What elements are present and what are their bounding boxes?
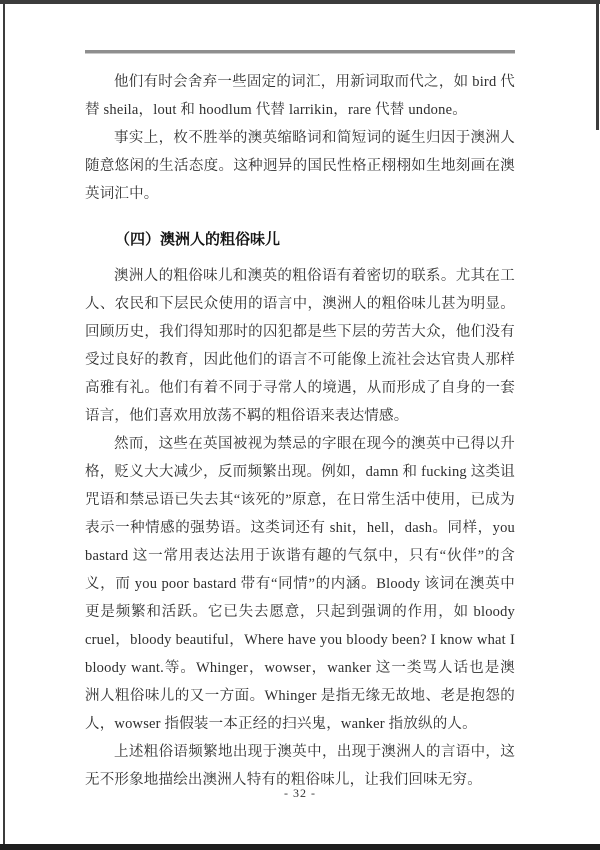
paragraph: 然而，这些在英国被视为禁忌的字眼在现今的澳英中已得以升格，贬义大大减少，反而频繁… xyxy=(85,430,515,738)
page-frame-right-edge xyxy=(596,0,599,130)
page-number: - 32 - xyxy=(0,786,600,801)
page-frame-left-edge xyxy=(3,0,5,846)
paragraph: 事实上，枚不胜举的澳英缩略词和简短词的诞生归因于澳洲人随意悠闲的生活态度。这种迥… xyxy=(85,124,515,208)
page-frame-top-edge xyxy=(0,0,600,4)
paragraph: 他们有时会舍弃一些固定的词汇，用新词取而代之，如 bird 代替 sheila，… xyxy=(85,68,515,124)
section-heading: （四）澳洲人的粗俗味儿 xyxy=(85,229,515,251)
paragraph: 澳洲人的粗俗味儿和澳英的粗俗语有着密切的联系。尤其在工人、农民和下层民众使用的语… xyxy=(85,262,515,430)
document-page: 他们有时会舍弃一些固定的词汇，用新词取而代之，如 bird 代替 sheila，… xyxy=(0,0,600,850)
page-body-text: 他们有时会舍弃一些固定的词汇，用新词取而代之，如 bird 代替 sheila，… xyxy=(85,68,515,794)
page-frame-bottom-edge xyxy=(0,844,600,850)
header-divider-rule xyxy=(85,50,515,54)
